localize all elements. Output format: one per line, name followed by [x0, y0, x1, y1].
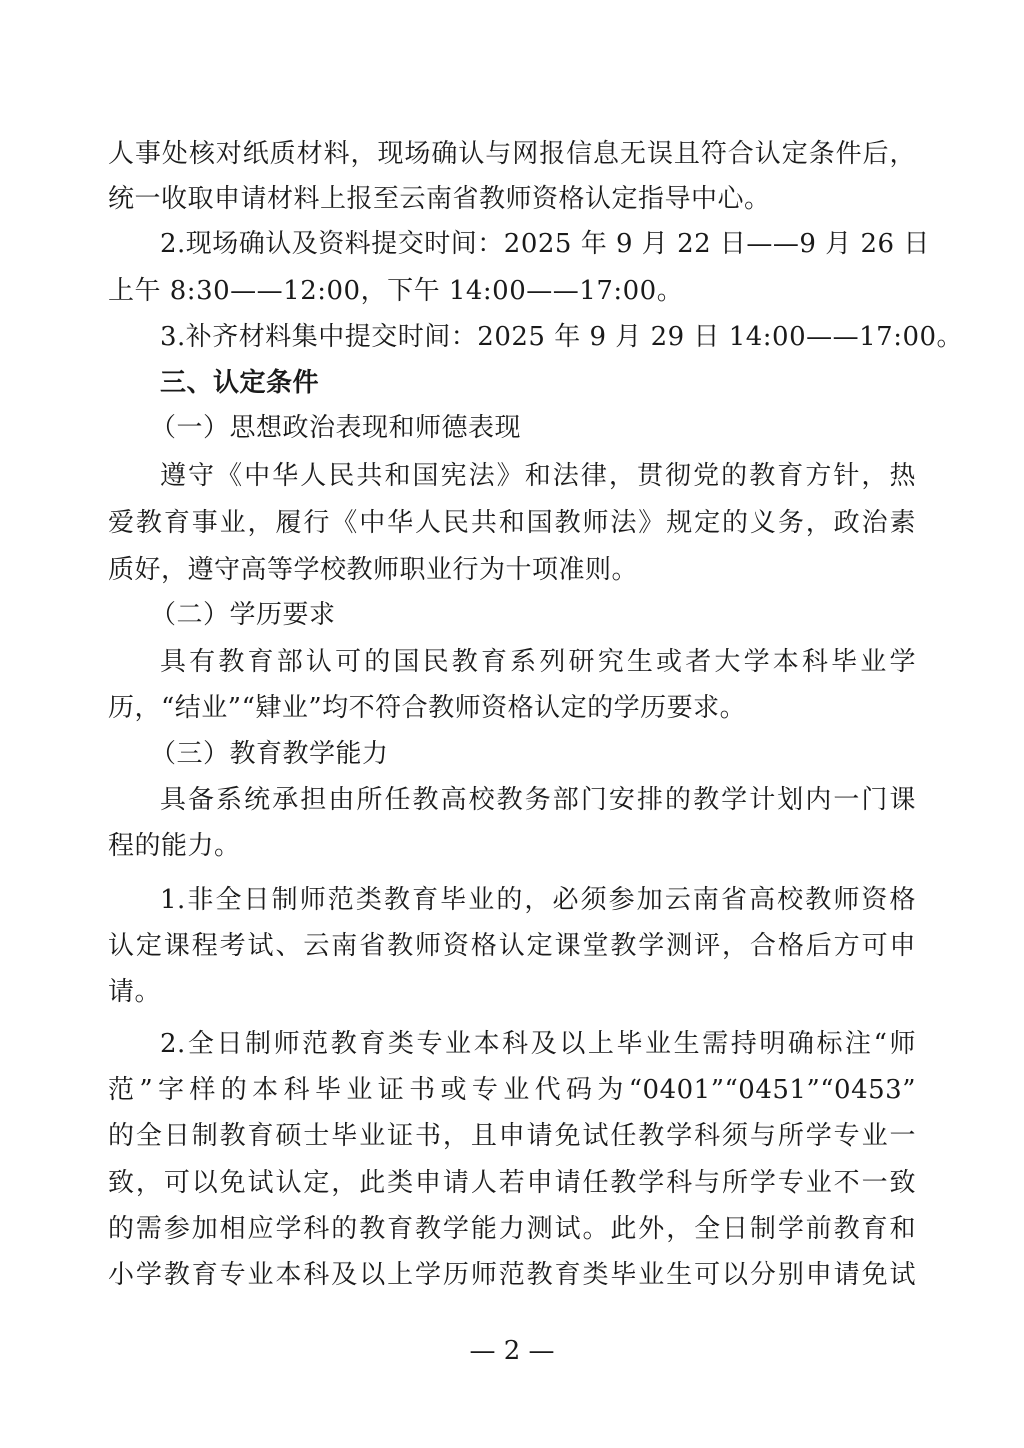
section-heading: 三、认定条件: [160, 368, 916, 398]
text-line: 遵守《中华人民共和国宪法》和法律，贯彻党的教育方针，热: [160, 461, 916, 491]
text-line: 具备系统承担由所任教高校教务部门安排的教学计划内一门课: [160, 785, 916, 815]
text-line: 程的能力。: [108, 831, 916, 861]
text-line: 请。: [108, 977, 916, 1007]
text-line: 2.全日制师范教育类专业本科及以上毕业生需持明确标注“师: [160, 1029, 916, 1059]
page-number: — 2 —: [0, 1336, 1024, 1366]
text-line: 致，可以免试认定，此类申请人若申请任教学科与所学专业不一致: [108, 1168, 916, 1198]
text-line: 小学教育专业本科及以上学历师范教育类毕业生可以分别申请免试: [108, 1260, 916, 1290]
subsection-heading: （一）思想政治表现和师德表现: [150, 413, 850, 443]
text-line: 范”字样的本科毕业证书或专业代码为“0401”“0451”“0453”: [108, 1075, 916, 1105]
text-line: 2.现场确认及资料提交时间：2025 年 9 月 22 日——9 月 26 日: [160, 229, 916, 259]
document-page: 人事处核对纸质材料，现场确认与网报信息无误且符合认定条件后，统一收取申请材料上报…: [0, 0, 1024, 1448]
text-line: 人事处核对纸质材料，现场确认与网报信息无误且符合认定条件后，: [108, 139, 916, 169]
text-line: 的需参加相应学科的教育教学能力测试。此外，全日制学前教育和: [108, 1214, 916, 1244]
text-line: 的全日制教育硕士毕业证书，且申请免试任教学科须与所学专业一: [108, 1121, 916, 1151]
text-line: 认定课程考试、云南省教师资格认定课堂教学测评，合格后方可申: [108, 931, 916, 961]
subsection-heading: （二）学历要求: [150, 600, 850, 630]
text-line: 1.非全日制师范类教育毕业的，必须参加云南省高校教师资格: [160, 885, 916, 915]
text-line: 质好，遵守高等学校教师职业行为十项准则。: [108, 555, 916, 585]
text-line: 历，“结业”“肄业”均不符合教师资格认定的学历要求。: [108, 693, 916, 723]
text-line: 上午 8:30——12:00，下午 14:00——17:00。: [108, 276, 916, 306]
text-line: 统一收取申请材料上报至云南省教师资格认定指导中心。: [108, 184, 916, 214]
text-line: 具有教育部认可的国民教育系列研究生或者大学本科毕业学: [160, 647, 916, 677]
text-line: 3.补齐材料集中提交时间：2025 年 9 月 29 日 14:00——17:0…: [160, 322, 916, 352]
text-line: 爱教育事业，履行《中华人民共和国教师法》规定的义务，政治素: [108, 508, 916, 538]
subsection-heading: （三）教育教学能力: [150, 739, 850, 769]
